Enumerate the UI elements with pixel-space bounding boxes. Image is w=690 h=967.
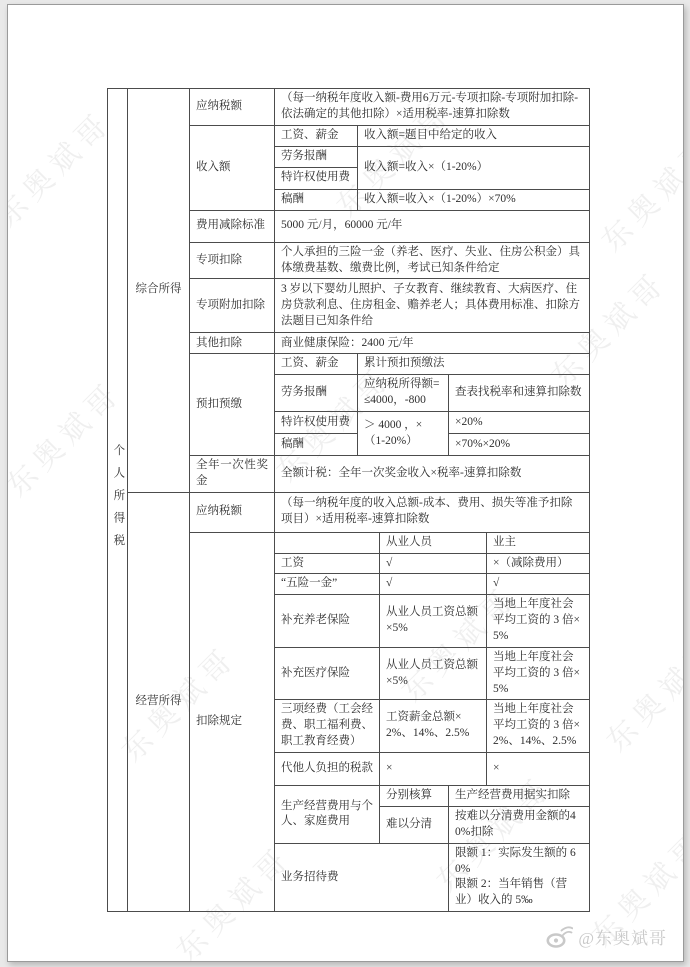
screenshot-root: { "watermark": { "text": "东奥斌哥", "weibo_…: [0, 0, 690, 967]
cell-special-additional-deduction-value: 3 岁以下婴幼儿照护、子女教育、继续教育、大病医疗、住房贷款利息、住房租金、赡养…: [275, 279, 590, 333]
watermark-text: 东奥斌哥: [594, 624, 684, 760]
sub-label-withholding-wage: 工资、薪金: [275, 354, 358, 375]
deduction-wage-employee: √: [380, 553, 487, 574]
cell-withholding-lookup: 查表找税率和速算扣除数: [449, 375, 590, 412]
withholding-base-line1: 应纳税所得额=: [364, 377, 442, 393]
cell-wage-income-rule: 收入额=题目中给定的收入: [358, 125, 590, 146]
deduction-pension-owner: 当地上年度社会平均工资的 3 倍×5%: [487, 595, 590, 648]
weibo-logo-icon: [546, 926, 573, 948]
deduction-wage-owner: ×（减除费用）: [487, 553, 590, 574]
watermark-text: 东奥斌哥: [589, 124, 684, 260]
cell-entertainment-limits: 限额 1：实际发生额的 60% 限额 2：当年销售（营业）收入的 5‰: [449, 843, 590, 911]
deduction-item-entertainment: 业务招待费: [275, 843, 449, 911]
cell-manuscript-income-rule: 收入额=收入×（1-20%）×70%: [358, 189, 590, 210]
cell-deduction-header-blank: [275, 532, 380, 553]
row-label-standard-deduction: 费用减除标准: [190, 210, 275, 242]
cell-expenses-separate-value: 生产经营费用据实扣除: [449, 786, 590, 807]
cell-expenses-mixed-value: 按难以分清费用金额的40%扣除: [449, 807, 590, 844]
watermark-text: 东奥斌哥: [7, 99, 120, 235]
row-label-other-deduction: 其他扣除: [190, 333, 275, 354]
column-header-employee: 从业人员: [380, 532, 487, 553]
row-label-withholding: 预扣预缴: [190, 354, 275, 456]
deduction-social-employee: √: [380, 574, 487, 595]
document-page: 东奥斌哥 东奥斌哥 东奥斌哥 东奥斌哥 东奥斌哥 东奥斌哥 东奥斌哥 东奥斌哥 …: [7, 4, 684, 962]
row-label-taxable-amount: 应纳税额: [190, 89, 275, 126]
cell-withholding-wage-method: 累计预扣预缴法: [358, 354, 590, 375]
cell-withholding-base-lower: ＞ 4000 ，× （1-20%）: [358, 412, 449, 456]
deduction-three-funds-employee: 工资薪金总额×2%、14%、2.5%: [380, 700, 487, 753]
withholding-base-line4: （1-20%）: [364, 434, 442, 450]
deduction-three-funds-owner: 当地上年度社会平均工资的 3 倍×2%、14%、2.5%: [487, 700, 590, 753]
cell-withholding-royalty-rate: ×20%: [449, 412, 590, 434]
withholding-base-line3: ＞ 4000 ，×: [364, 418, 442, 434]
deduction-item-mixed-expenses: 生产经营费用与个人、家庭费用: [275, 786, 380, 844]
root-label: 个人所得税: [108, 89, 128, 912]
tax-summary-table: 个人所得税 综合所得 应纳税额 （每一纳税年度收入额-费用6万元-专项扣除-专项…: [107, 88, 590, 912]
withholding-base-line2: ≤4000，-800: [364, 393, 442, 409]
deduction-item-supplementary-pension: 补充养老保险: [275, 595, 380, 648]
deduction-item-tax-borne-for-others: 代他人负担的税款: [275, 753, 380, 786]
column-header-owner: 业主: [487, 532, 590, 553]
cell-taxable-formula: （每一纳税年度收入额-费用6万元-专项扣除-专项附加扣除-依法确定的其他扣除）×…: [275, 89, 590, 126]
sub-label-labor-remuneration: 劳务报酬: [275, 146, 358, 167]
deduction-item-social-insurance: “五险一金”: [275, 574, 380, 595]
sub-label-withholding-labor: 劳务报酬: [275, 375, 358, 412]
weibo-watermark: @东奥斌哥: [546, 924, 667, 949]
deduction-item-wage: 工资: [275, 553, 380, 574]
row-label-biz-taxable-amount: 应纳税额: [190, 492, 275, 532]
cell-labor-royalty-income-rule: 收入额=收入×（1-20%）: [358, 146, 590, 189]
row-label-special-additional-deduction: 专项附加扣除: [190, 279, 275, 333]
deduction-item-three-funds: 三项经费（工会经费、职工福利费、职工教育经费）: [275, 700, 380, 753]
cell-standard-deduction-value: 5000 元/月，60000 元/年: [275, 210, 590, 242]
cell-withholding-manuscript-rate: ×70%×20%: [449, 434, 590, 456]
deduction-social-owner: √: [487, 574, 590, 595]
deduction-medical-owner: 当地上年度社会平均工资的 3 倍×5%: [487, 647, 590, 700]
sub-label-withholding-royalty: 特许权使用费: [275, 412, 358, 434]
sub-label-withholding-manuscript: 稿酬: [275, 434, 358, 456]
deduction-tax-borne-owner: ×: [487, 753, 590, 786]
cell-annual-bonus-rule: 全额计税：全年一次奖金收入×税率-速算扣除数: [275, 456, 590, 493]
row-label-income-amount: 收入额: [190, 125, 275, 210]
row-label-deduction-rules: 扣除规定: [190, 532, 275, 911]
deduction-pension-employee: 从业人员工资总额×5%: [380, 595, 487, 648]
sub-label-wage-salary: 工资、薪金: [275, 125, 358, 146]
section-comprehensive-income: 综合所得: [128, 89, 190, 493]
entertainment-limit-1: 限额 1：实际发生额的 60%: [455, 846, 583, 878]
deduction-medical-employee: 从业人员工资总额×5%: [380, 647, 487, 700]
weibo-handle: @东奥斌哥: [578, 924, 667, 949]
cell-other-deduction-value: 商业健康保险：2400 元/年: [275, 333, 590, 354]
cell-withholding-base-upper: 应纳税所得额= ≤4000，-800: [358, 375, 449, 412]
cell-expenses-mixed-label: 难以分清: [380, 807, 449, 844]
deduction-tax-borne-employee: ×: [380, 753, 487, 786]
cell-biz-taxable-formula: （每一纳税年度的收入总额-成本、费用、损失等准予扣除项目）×适用税率-速算扣除数: [275, 492, 590, 532]
row-label-annual-bonus: 全年一次性奖金: [190, 456, 275, 493]
sub-label-manuscript: 稿酬: [275, 189, 358, 210]
cell-expenses-separate-label: 分别核算: [380, 786, 449, 807]
entertainment-limit-2: 限额 2：当年销售（营业）收入的 5‰: [455, 877, 583, 909]
cell-special-deduction-value: 个人承担的三险一金（养老、医疗、失业、住房公积金）具体缴费基数、缴费比例，考试已…: [275, 242, 590, 279]
section-business-income: 经营所得: [128, 492, 190, 911]
sub-label-royalty-fee: 特许权使用费: [275, 167, 358, 189]
deduction-item-supplementary-medical: 补充医疗保险: [275, 647, 380, 700]
row-label-special-deduction: 专项扣除: [190, 242, 275, 279]
